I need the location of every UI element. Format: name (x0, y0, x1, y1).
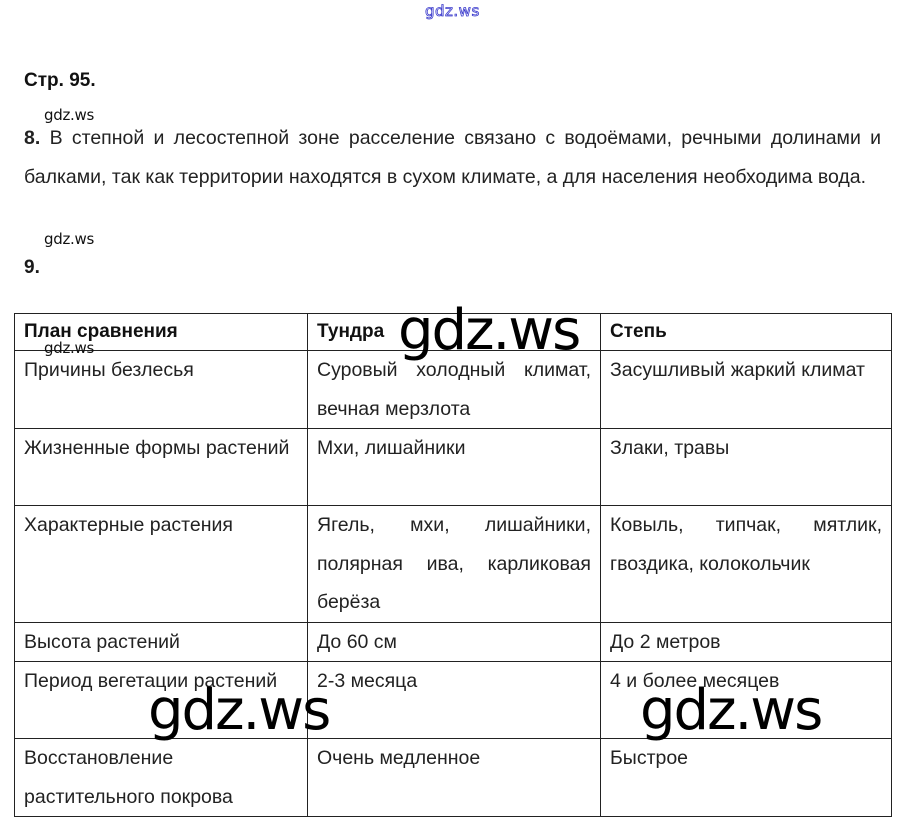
watermark-large: gdz.ws (398, 303, 579, 359)
task-8-number: 8. (24, 127, 40, 149)
table-cell: Восстановление растительного покрова (15, 739, 308, 817)
table-row: Восстановление растительного покрова Оче… (15, 739, 892, 817)
table-cell: Ягель, мхи, лишайники, полярная ива, кар… (308, 506, 601, 623)
table-row: Характерные растения Ягель, мхи, лишайни… (15, 506, 892, 623)
table-cell: До 60 см (308, 622, 601, 662)
table-cell: Жизненные формы растений (15, 429, 308, 506)
table-cell: Злаки, травы (601, 429, 892, 506)
watermark-small: gdz.ws (44, 339, 94, 357)
watermark-small: gdz.ws (44, 230, 94, 248)
watermark-large: gdz.ws (640, 683, 821, 739)
table-cell: Ковыль, типчак, мятлик, гвоздика, колоко… (601, 506, 892, 623)
table-cell: Причины безлесья (15, 351, 308, 429)
table-cell: Быстрое (601, 739, 892, 817)
table-row: Жизненные формы растений Мхи, лишайники … (15, 429, 892, 506)
task-8-paragraph: 8. В степной и лесостепной зоне расселен… (24, 119, 881, 196)
table-cell: До 2 метров (601, 622, 892, 662)
table-cell: Характерные растения (15, 506, 308, 623)
table-cell: Засушливый жаркий климат (601, 351, 892, 429)
table-header: Степь (601, 314, 892, 351)
table-row: Высота растений До 60 см До 2 метров (15, 622, 892, 662)
table-cell: Мхи, лишайники (308, 429, 601, 506)
task-9-number: 9. (24, 257, 40, 279)
page-heading: Стр. 95. (24, 70, 96, 92)
table-cell: Высота растений (15, 622, 308, 662)
watermark-top: gdz.ws (425, 2, 480, 20)
watermark-large: gdz.ws (148, 683, 329, 739)
task-8-text: В степной и лесостепной зоне расселение … (24, 127, 881, 188)
table-cell: 2-3 месяца (308, 662, 601, 739)
table-cell: Очень медленное (308, 739, 601, 817)
